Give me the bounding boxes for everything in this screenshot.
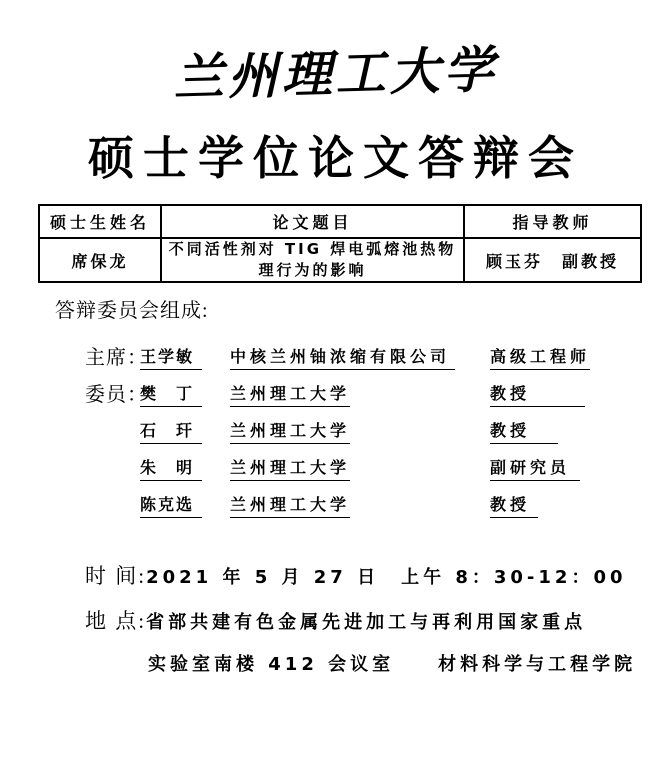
defense-announcement-page: 兰州理工大学 硕士学位论文答辩会 硕士生姓名 论文题目 指导教师 席保龙 不同活… xyxy=(0,0,671,773)
committee-row-member: 朱 明 兰州理工大学 副研究员 xyxy=(0,452,671,480)
table-data-row: 席保龙 不同活性剂对 TIG 焊电弧熔池热物理行为的影响 顾玉芬 副教授 xyxy=(39,238,641,282)
member-name: 陈克选 xyxy=(140,492,202,518)
committee-row-member: 石 玕 兰州理工大学 教授 xyxy=(0,415,671,443)
time-label: 时 间: xyxy=(85,564,146,588)
time-row: 时 间:2021 年 5 月 27 日 上午 8：30-12：00 xyxy=(85,560,627,590)
student-name-cell: 席保龙 xyxy=(39,238,161,282)
member-name: 樊 丁 xyxy=(140,381,202,407)
committee-row-chair: 主席： 王学敏 中核兰州铀浓缩有限公司 高级工程师 xyxy=(0,341,671,369)
committee-row-member: 委员： 樊 丁 兰州理工大学 教授 xyxy=(0,378,671,406)
member-title: 教授 xyxy=(490,418,558,444)
thesis-title-cell: 不同活性剂对 TIG 焊电弧熔池热物理行为的影响 xyxy=(161,238,464,282)
member-name: 朱 明 xyxy=(140,455,202,481)
member-affiliation: 兰州理工大学 xyxy=(230,381,350,407)
header-student-name: 硕士生姓名 xyxy=(39,205,161,238)
location-label: 地 点: xyxy=(85,609,146,633)
location-row-continued: 实验室南楼 412 会议室 材料科学与工程学院 xyxy=(148,650,636,676)
page-title: 硕士学位论文答辩会 xyxy=(0,122,671,188)
committee-row-member: 陈克选 兰州理工大学 教授 xyxy=(0,489,671,517)
thesis-info-table: 硕士生姓名 论文题目 指导教师 席保龙 不同活性剂对 TIG 焊电弧熔池热物理行… xyxy=(38,204,642,283)
member-title: 副研究员 xyxy=(490,455,580,481)
member-title: 高级工程师 xyxy=(490,344,590,370)
advisor-cell: 顾玉芬 副教授 xyxy=(464,238,641,282)
member-affiliation: 兰州理工大学 xyxy=(230,455,350,481)
university-logo: 兰州理工大学 xyxy=(0,25,671,115)
member-affiliation: 兰州理工大学 xyxy=(230,492,350,518)
location-row: 地 点:省部共建有色金属先进加工与再利用国家重点 xyxy=(85,605,586,635)
member-name: 石 玕 xyxy=(140,418,202,444)
role-label: 委员： xyxy=(85,378,148,407)
role-label: 主席： xyxy=(85,341,148,370)
header-advisor: 指导教师 xyxy=(464,205,641,238)
member-affiliation: 中核兰州铀浓缩有限公司 xyxy=(230,344,455,370)
member-affiliation: 兰州理工大学 xyxy=(230,418,350,444)
member-title: 教授 xyxy=(490,381,585,407)
location-value-line1: 省部共建有色金属先进加工与再利用国家重点 xyxy=(146,612,586,633)
committee-section-heading: 答辩委员会组成: xyxy=(55,294,209,323)
header-thesis-title: 论文题目 xyxy=(161,205,464,238)
member-name: 王学敏 xyxy=(140,344,202,370)
table-header-row: 硕士生姓名 论文题目 指导教师 xyxy=(39,205,641,238)
location-value-line2: 实验室南楼 412 会议室 材料科学与工程学院 xyxy=(148,654,636,675)
time-value: 2021 年 5 月 27 日 上午 8：30-12：00 xyxy=(146,567,626,588)
member-title: 教授 xyxy=(490,492,538,518)
